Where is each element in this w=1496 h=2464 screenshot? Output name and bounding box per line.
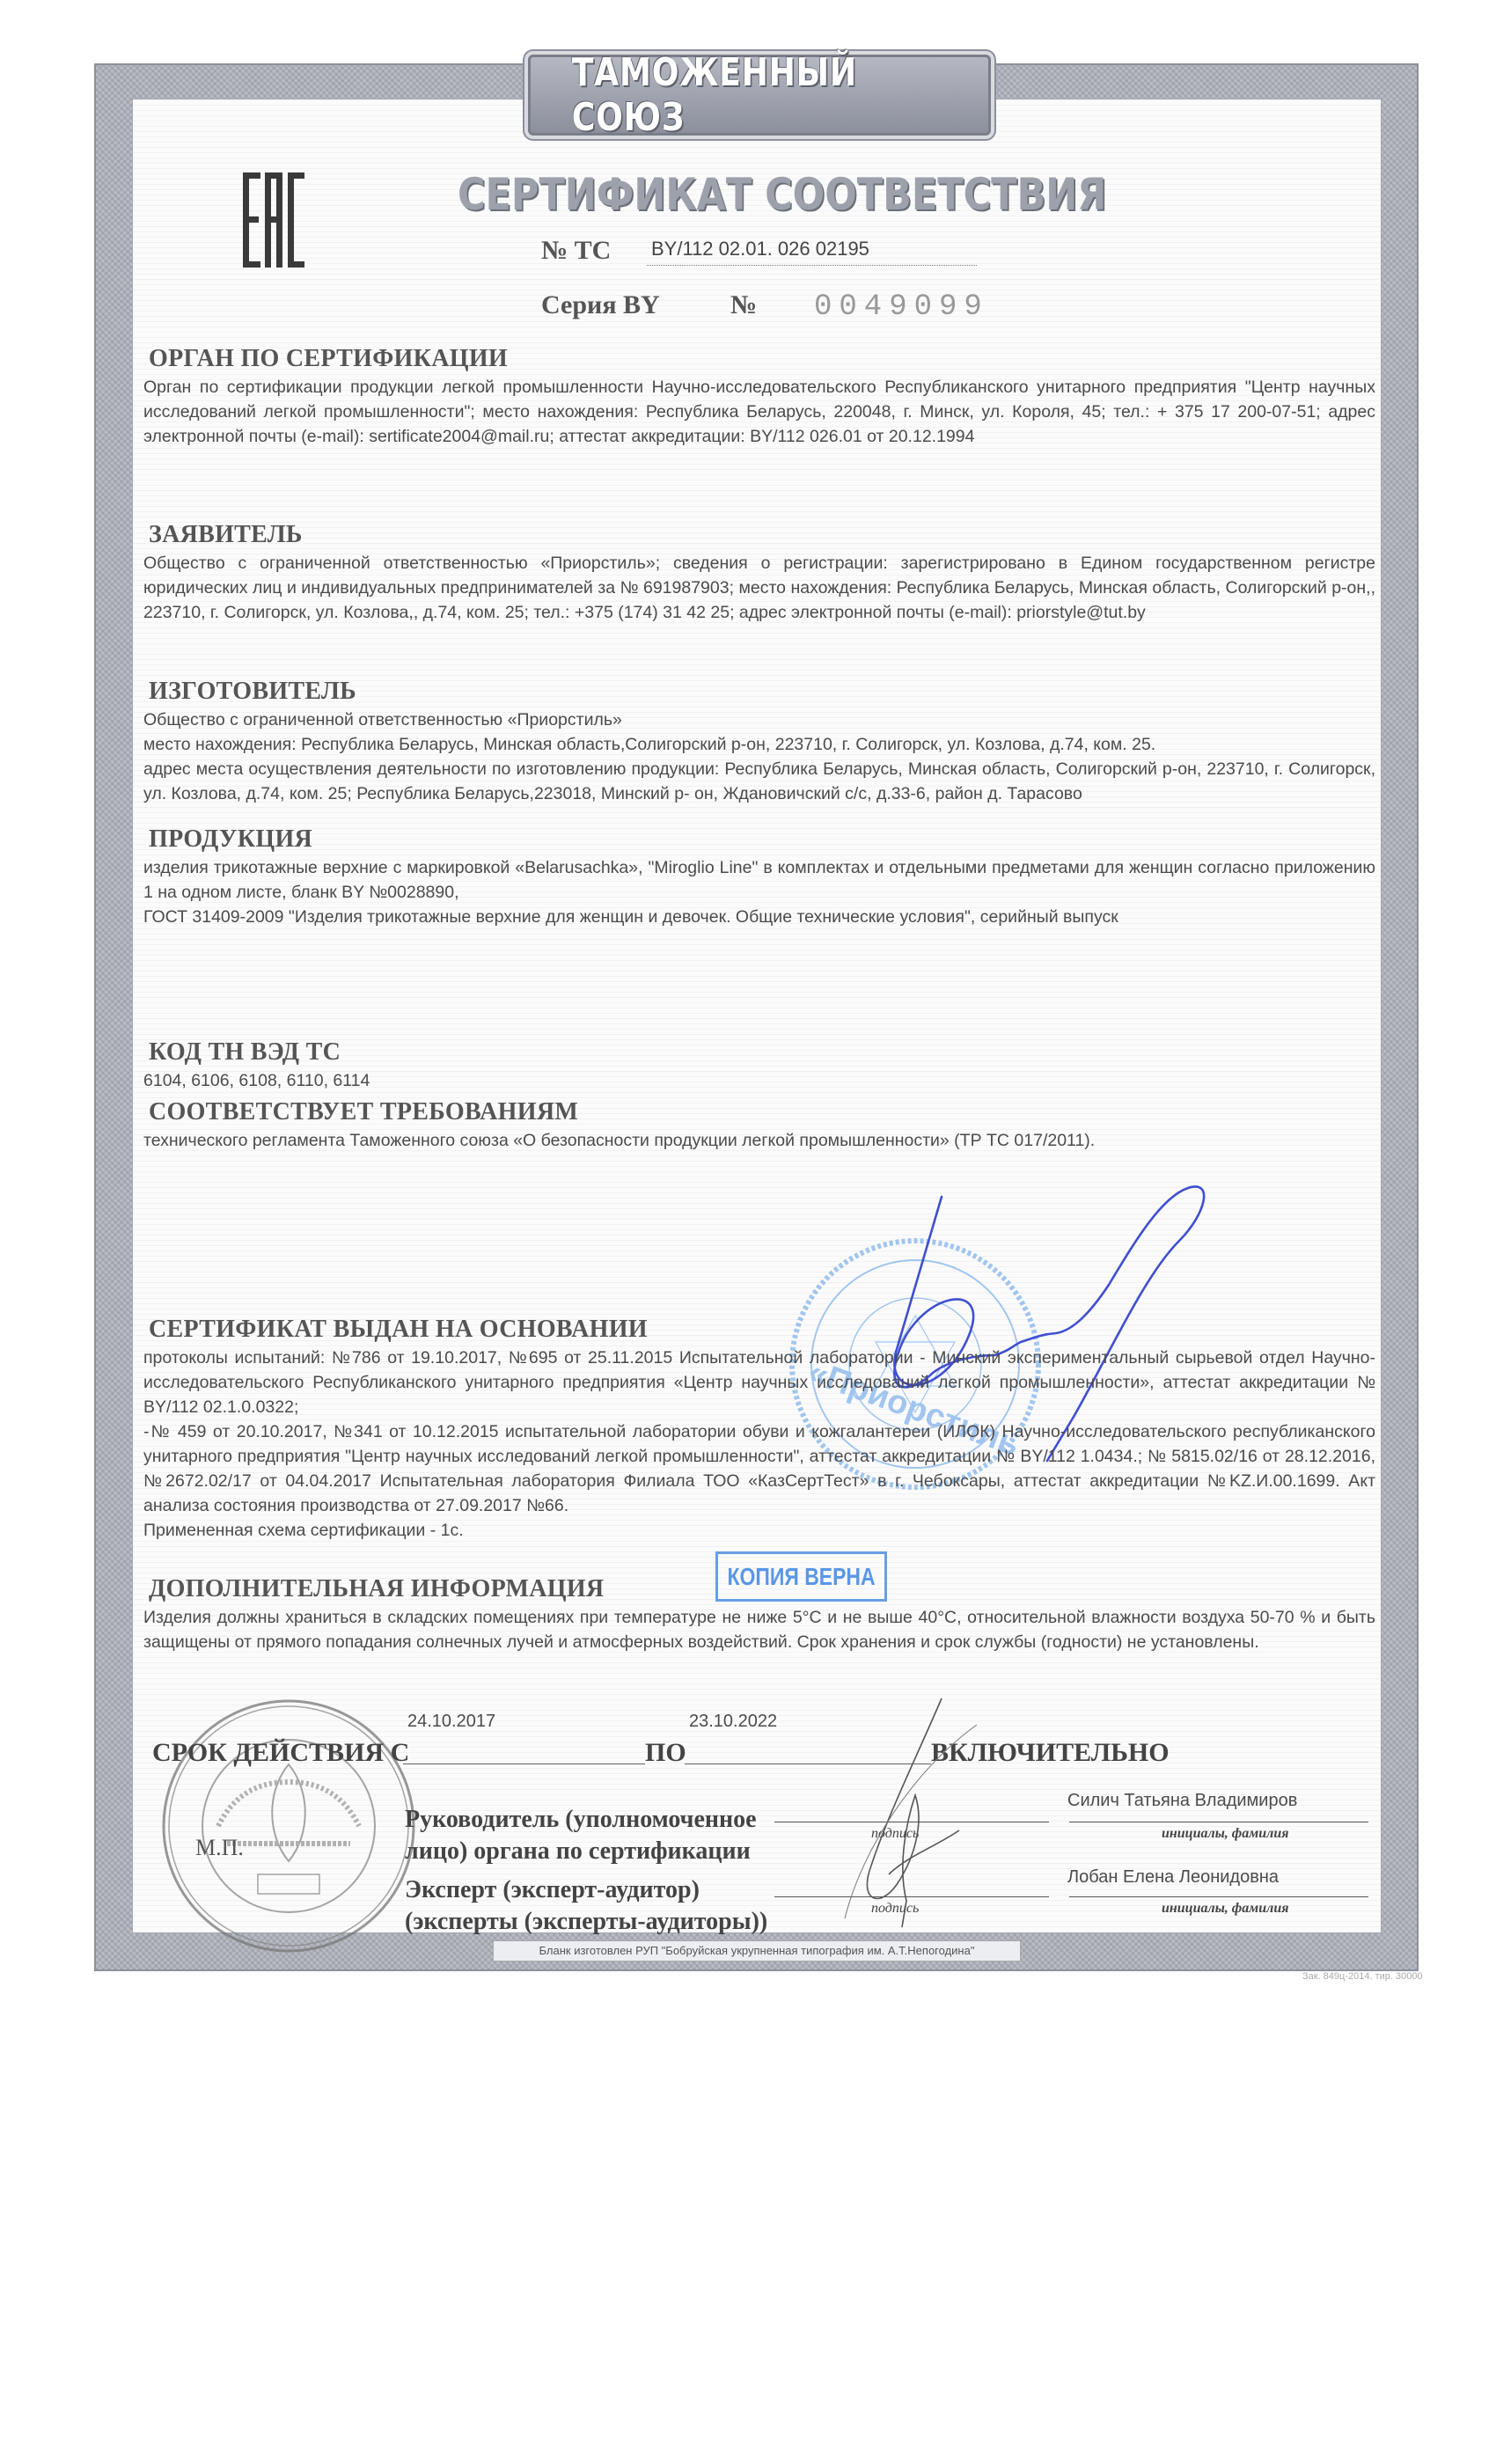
section-heading: ПРОДУКЦИЯ [149, 825, 1393, 854]
tc-number-value: BY/112 02.01. 026 02195 [651, 238, 869, 260]
section-heading: ДОПОЛНИТЕЛЬНАЯ ИНФОРМАЦИЯ [149, 1575, 1393, 1603]
section-text: технического регламента Таможенного союз… [143, 1128, 1375, 1153]
section-heading: СООТВЕТСТВУЕТ ТРЕБОВАНИЯМ [149, 1098, 1393, 1126]
series-number-value: 0049099 [814, 290, 989, 324]
validity-period: СРОК ДЕЙСТВИЯ С 24.10.2017 ПО 23.10.2022… [152, 1738, 1384, 1782]
customs-union-banner: ТАМОЖЕННЫЙ СОЮЗ [528, 55, 991, 136]
blank-printer-note: Бланк изготовлен РУП "Бобруйская укрупне… [493, 1940, 1021, 1962]
section-heading: ЗАЯВИТЕЛЬ [149, 521, 1393, 549]
hs-code-values: 6104, 6106, 6108, 6110, 6114 [143, 1068, 1375, 1093]
section-additional-info: ДОПОЛНИТЕЛЬНАЯ ИНФОРМАЦИЯ Изделия должны… [143, 1575, 1393, 1654]
manufacturer-name: Общество с ограниченной ответственностью… [143, 708, 1375, 732]
section-basis: СЕРТИФИКАТ ВЫДАН НА ОСНОВАНИИ протоколы … [143, 1316, 1393, 1543]
section-heading: СЕРТИФИКАТ ВЫДАН НА ОСНОВАНИИ [149, 1316, 1393, 1344]
section-text: изделия трикотажные верхние с маркировко… [143, 855, 1375, 929]
section-certification-body: ОРГАН ПО СЕРТИФИКАЦИИ Орган по сертифика… [143, 345, 1393, 449]
head-role-line2: лицо) органа по сертификации [405, 1836, 757, 1867]
section-product: ПРОДУКЦИЯ изделия трикотажные верхние с … [143, 825, 1393, 929]
expert-name-caption: инициалы, фамилия [1162, 1901, 1288, 1917]
section-heading: КОД ТН ВЭД ТС [149, 1038, 1393, 1067]
head-name: Силич Татьяна Владимиров [1067, 1791, 1297, 1811]
series-label: Серия BY [541, 290, 660, 320]
head-role-line1: Руководитель (уполномоченное [405, 1804, 757, 1836]
basis-protocols-2: -№ 459 от 20.10.2017, №341 от 10.12.2015… [143, 1419, 1375, 1518]
section-text: протоколы испытаний: №786 от 19.10.2017,… [143, 1346, 1375, 1543]
seal-place-label: М.П. [195, 1835, 244, 1861]
validity-from-line [403, 1764, 645, 1764]
section-heading: ОРГАН ПО СЕРТИФИКАЦИИ [149, 345, 1393, 373]
customs-union-title: ТАМОЖЕННЫЙ СОЮЗ [572, 50, 947, 140]
tc-number-label: № ТС [541, 236, 611, 266]
certificate-title: СЕРТИФИКАТ СООТВЕТСТВИЯ [458, 169, 987, 220]
expert-role: Эксперт (эксперт-аудитор) (эксперты (экс… [405, 1874, 767, 1938]
manufacturer-address: место нахождения: Республика Беларусь, М… [143, 732, 1375, 757]
expert-name-line [1069, 1896, 1368, 1897]
state-emblem-seal [157, 1694, 421, 1958]
head-name-caption: инициалы, фамилия [1162, 1826, 1288, 1842]
validity-to-label: ПО [645, 1738, 686, 1768]
head-role: Руководитель (уполномоченное лицо) орган… [405, 1804, 757, 1867]
section-heading: ИЗГОТОВИТЕЛЬ [149, 678, 1393, 706]
eac-logo-icon [243, 172, 304, 268]
section-text: Орган по сертификации продукции легкой п… [143, 375, 1375, 449]
section-applicant: ЗАЯВИТЕЛЬ Общество с ограниченной ответс… [143, 521, 1393, 625]
expert-name: Лобан Елена Леонидовна [1067, 1867, 1279, 1888]
basis-scheme: Примененная схема сертификации - 1с. [143, 1518, 1375, 1543]
head-name-line [1069, 1822, 1368, 1822]
validity-from-date: 24.10.2017 [407, 1712, 495, 1732]
product-description: изделия трикотажные верхние с маркировко… [143, 855, 1375, 905]
section-manufacturer: ИЗГОТОВИТЕЛЬ Общество с ограниченной отв… [143, 678, 1393, 806]
expert-role-line2: (эксперты (эксперты-аудиторы)) [405, 1906, 767, 1938]
expert-role-line1: Эксперт (эксперт-аудитор) [405, 1874, 767, 1906]
section-text: Общество с ограниченной ответственностью… [143, 708, 1375, 806]
validity-from-label: СРОК ДЕЙСТВИЯ С [152, 1738, 409, 1768]
tc-number-underline [647, 265, 977, 266]
section-hs-code: КОД ТН ВЭД ТС 6104, 6106, 6108, 6110, 61… [143, 1038, 1393, 1093]
section-text: Общество с ограниченной ответственностью… [143, 551, 1375, 625]
series-number-label: № [730, 290, 757, 320]
product-standard: ГОСТ 31409-2009 "Изделия трикотажные вер… [143, 905, 1375, 929]
validity-to-date: 23.10.2022 [689, 1712, 777, 1732]
section-conformity: СООТВЕТСТВУЕТ ТРЕБОВАНИЯМ технического р… [143, 1098, 1393, 1153]
basis-protocols-1: протоколы испытаний: №786 от 19.10.2017,… [143, 1346, 1375, 1419]
print-run-note: Зак. 849ц-2014. тир. 30000 [1302, 1971, 1423, 1982]
expert-signature [810, 1690, 1038, 1936]
manufacturer-production-address: адрес места осуществления деятельности п… [143, 757, 1375, 806]
section-text: Изделия должны храниться в складских пом… [143, 1605, 1375, 1654]
